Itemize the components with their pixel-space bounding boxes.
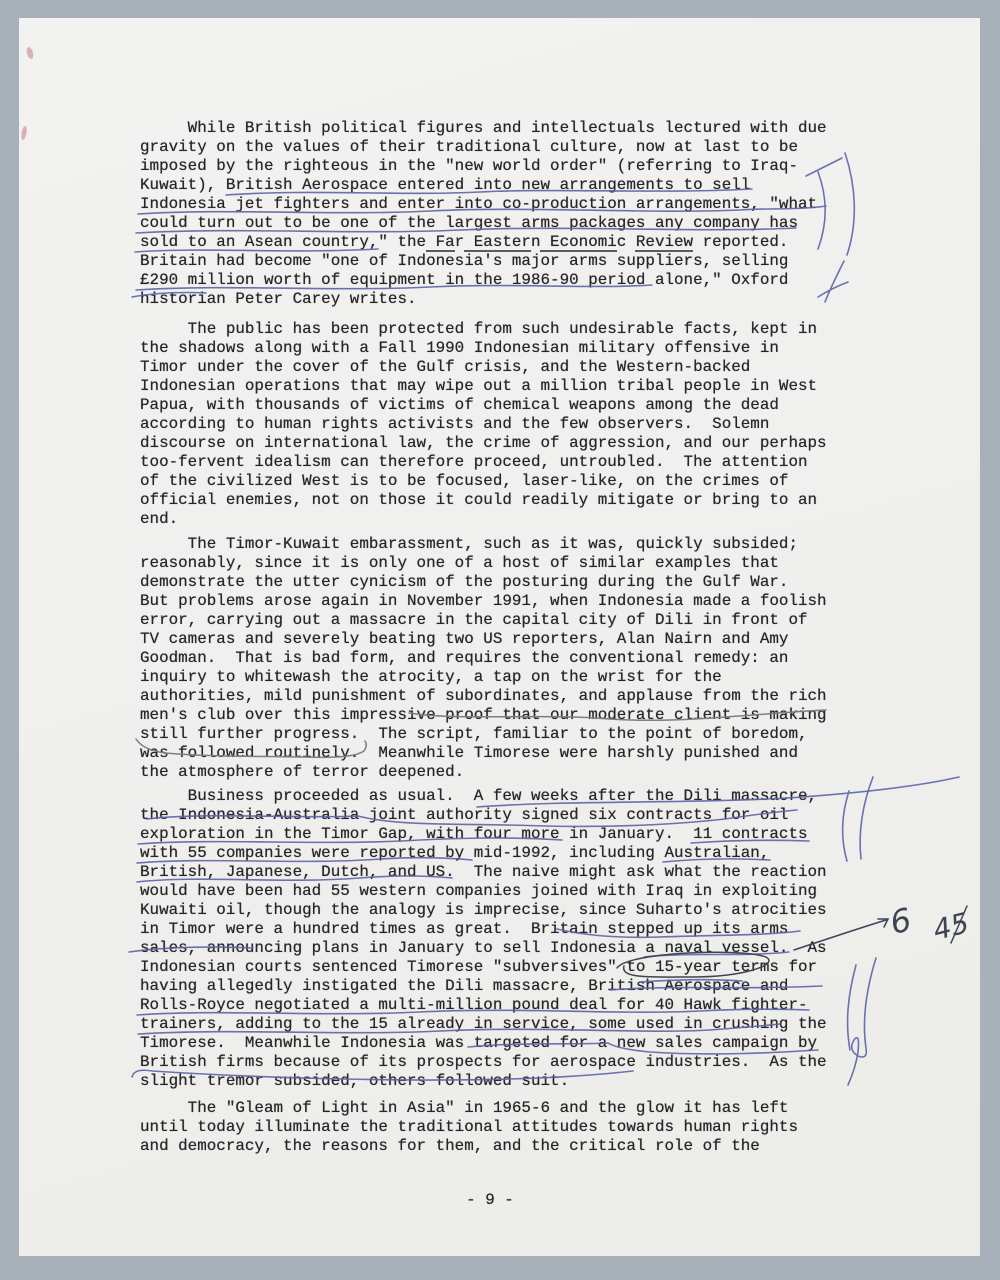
scanned-document-screenshot: { "page": { "page_number": "- 9 -", "pap… [0,0,1000,1280]
paragraph-4: Business proceeded as usual. A few weeks… [140,787,860,1091]
paragraph-3: The Timor-Kuwait embarassment, such as i… [140,535,860,782]
paragraph-1: While British political figures and inte… [140,119,860,309]
page-number: - 9 - [140,1191,840,1210]
paragraph-5: The "Gleam of Light in Asia" in 1965-6 a… [140,1099,860,1156]
paragraph-2: The public has been protected from such … [140,320,860,529]
